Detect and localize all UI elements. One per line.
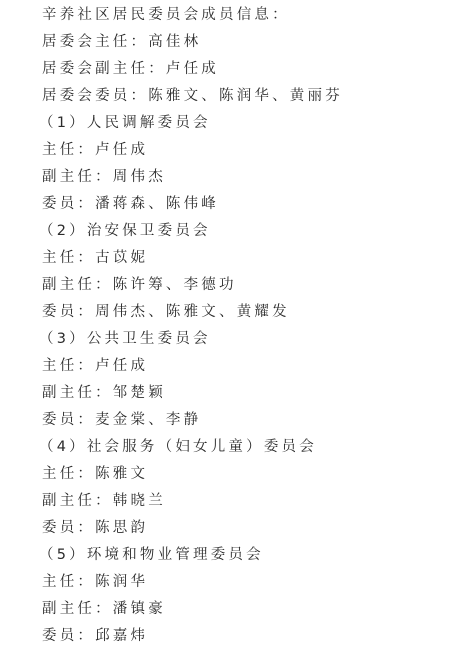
subcommittee-members: 委员：陈思韵 (42, 515, 343, 542)
subcommittee-deputy-director: 副主任：陈许筹、李德功 (42, 272, 343, 299)
subcommittee-deputy-director: 副主任：邹楚颖 (42, 380, 343, 407)
committee-director: 居委会主任：高佳林 (42, 29, 343, 56)
subcommittee-members: 委员：麦金棠、李静 (42, 407, 343, 434)
subcommittee-director: 主任：陈雅文 (42, 461, 343, 488)
subcommittee-director: 主任：卢任成 (42, 353, 343, 380)
subcommittee-people-mediation: （1）人民调解委员会 主任：卢任成 副主任：周伟杰 委员：潘蒋森、陈伟峰 (42, 110, 343, 218)
document-title: 辛养社区居民委员会成员信息： (42, 2, 343, 29)
subcommittee-deputy-director: 副主任：潘镇豪 (42, 596, 343, 623)
subcommittee-director: 主任：古苡妮 (42, 245, 343, 272)
subcommittee-deputy-director: 副主任：周伟杰 (42, 164, 343, 191)
subcommittee-social-services: （4）社会服务（妇女儿童）委员会 主任：陈雅文 副主任：韩晓兰 委员：陈思韵 (42, 434, 343, 542)
subcommittee-deputy-director: 副主任：韩晓兰 (42, 488, 343, 515)
subcommittee-members: 委员：潘蒋森、陈伟峰 (42, 191, 343, 218)
subcommittee-heading: （5）环境和物业管理委员会 (39, 542, 343, 569)
subcommittee-heading: （1）人民调解委员会 (39, 110, 343, 137)
subcommittee-public-health: （3）公共卫生委员会 主任：卢任成 副主任：邹楚颖 委员：麦金棠、李静 (42, 326, 343, 434)
committee-info-document: 辛养社区居民委员会成员信息： 居委会主任：高佳林 居委会副主任：卢任成 居委会委… (42, 2, 343, 650)
subcommittee-heading: （2）治安保卫委员会 (39, 218, 343, 245)
committee-deputy-director: 居委会副主任：卢任成 (42, 56, 343, 83)
subcommittee-director: 主任：陈润华 (42, 569, 343, 596)
subcommittee-heading: （3）公共卫生委员会 (39, 326, 343, 353)
subcommittee-members: 委员：周伟杰、陈雅文、黄耀发 (42, 299, 343, 326)
subcommittee-public-security: （2）治安保卫委员会 主任：古苡妮 副主任：陈许筹、李德功 委员：周伟杰、陈雅文… (42, 218, 343, 326)
subcommittee-heading: （4）社会服务（妇女儿童）委员会 (39, 434, 343, 461)
committee-members: 居委会委员：陈雅文、陈润华、黄丽芬 (42, 83, 343, 110)
subcommittee-members: 委员：邱嘉炜 (42, 623, 343, 650)
subcommittee-environment-property: （5）环境和物业管理委员会 主任：陈润华 副主任：潘镇豪 委员：邱嘉炜 (42, 542, 343, 650)
subcommittee-director: 主任：卢任成 (42, 137, 343, 164)
